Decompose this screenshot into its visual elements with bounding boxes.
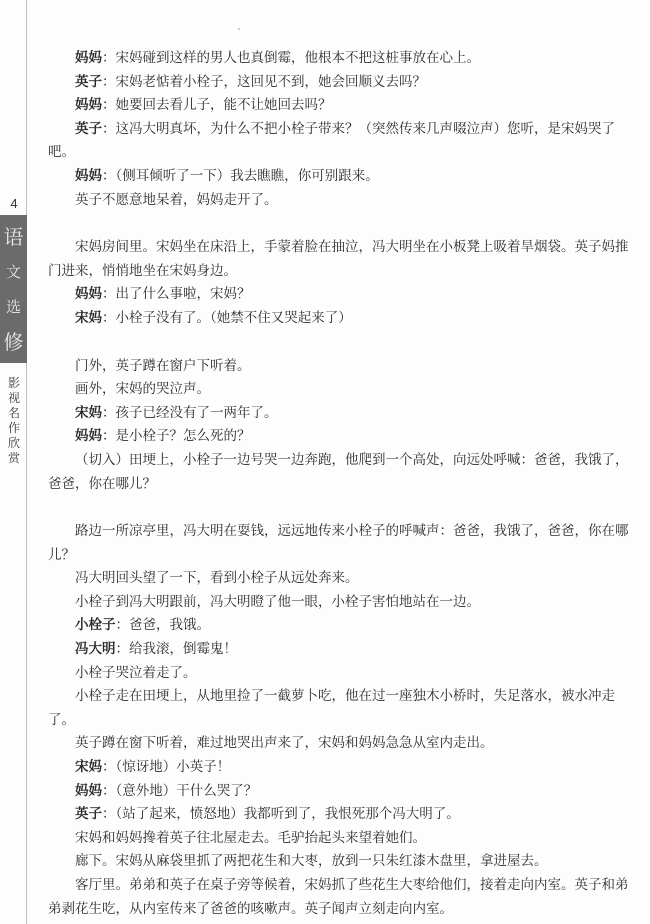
speaker-name: 妈妈 [75, 97, 102, 113]
text: 路边一所凉亭里，冯大明在耍钱，远远地传来小栓子的呼喊声：爸爸，我饿了，爸爸，你在… [48, 523, 629, 563]
text: 门外，英子蹲在窗户下听着。 [75, 358, 251, 374]
text: ：（侧耳倾听了一下）我去瞧瞧，你可别跟来。 [102, 168, 379, 184]
dialogue-line: 英子：这冯大明真坏，为什么不把小栓子带来？（突然传来几声啜泣声）您听，是宋妈哭了… [48, 118, 634, 165]
scene-break [48, 212, 634, 236]
speaker-name: 英子 [75, 74, 102, 90]
text: ：出了什么事啦，宋妈？ [102, 286, 251, 302]
speaker-name: 妈妈 [75, 168, 102, 184]
stage-direction: 冯大明回头望了一下，看到小栓子从远处奔来。 [48, 567, 634, 591]
speaker-name: 冯大明 [75, 641, 116, 657]
screenplay-text: 妈妈：宋妈碰到这样的男人也真倒霉，他根本不把这桩事放在心上。英子：宋妈老惦着小栓… [48, 47, 634, 921]
text: 画外，宋妈的哭泣声。 [75, 381, 210, 397]
dialogue-line: 英子：宋妈老惦着小栓子，这回见不到，她会回顺义去吗？ [48, 71, 634, 95]
page-number: 4 [4, 196, 24, 211]
speaker-name: 宋妈 [75, 405, 102, 421]
text: 小栓子哭泣着走了。 [75, 665, 197, 681]
text: 小栓子走在田埂上，从地里捡了一截萝卜吃，他在过一座独木小桥时，失足落水，被水冲走… [48, 688, 615, 728]
stage-direction: （切入）田埂上，小栓子一边号哭一边奔跑，他爬到一个高处，向远处呼喊：爸爸，我饿了… [48, 449, 634, 496]
speaker-name: 妈妈 [75, 783, 102, 799]
text: ：这冯大明真坏，为什么不把小栓子带来？（突然传来几声啜泣声）您听，是宋妈哭了吧。 [48, 121, 615, 161]
stage-direction: 门外，英子蹲在窗户下听着。 [48, 355, 634, 379]
text: ：宋妈老惦着小栓子，这回见不到，她会回顺义去吗？ [102, 74, 426, 90]
tab-char: 文 [6, 261, 21, 283]
speaker-name: 妈妈 [75, 286, 102, 302]
dialogue-line: 英子：（站了起来，愤怒地）我都听到了，我恨死那个冯大明了。 [48, 803, 634, 827]
text: ：是小栓子？怎么死的？ [102, 428, 251, 444]
text: 英子蹲在窗下听着，难过地哭出声来了，宋妈和妈妈急急从室内走出。 [75, 735, 494, 751]
dialogue-line: 宋妈：孩子已经没有了一两年了。 [48, 402, 634, 426]
text: 客厅里。弟弟和英子在桌子旁等候着，宋妈抓了些花生大枣给他们，接着走向内室。英子和… [48, 877, 629, 917]
dialogue-line: 妈妈：（侧耳倾听了一下）我去瞧瞧，你可别跟来。 [48, 165, 634, 189]
dialogue-line: 妈妈：是小栓子？怎么死的？ [48, 425, 634, 449]
speaker-name: 小栓子 [75, 617, 116, 633]
stage-direction: 小栓子走在田埂上，从地里捡了一截萝卜吃，他在过一座独木小桥时，失足落水，被水冲走… [48, 685, 634, 732]
stage-direction: 画外，宋妈的哭泣声。 [48, 378, 634, 402]
text: ：（站了起来，愤怒地）我都听到了，我恨死那个冯大明了。 [102, 806, 460, 822]
tab-char: 选 [6, 296, 21, 318]
text: （切入）田埂上，小栓子一边号哭一边奔跑，他爬到一个高处，向远处呼喊：爸爸，我饿了… [48, 452, 629, 492]
text: 冯大明回头望了一下，看到小栓子从远处奔来。 [75, 570, 359, 586]
text: ：她要回去看儿子，能不让她回去吗？ [102, 97, 332, 113]
stage-direction: 宋妈房间里。宋妈坐在床沿上，手蒙着脸在抽泣，冯大明坐在小板凳上吸着旱烟袋。英子妈… [48, 236, 634, 283]
text: 廊下。宋妈从麻袋里抓了两把花生和大枣，放到一只朱红漆木盘里，拿进屋去。 [75, 853, 548, 869]
stage-direction: 客厅里。弟弟和英子在桌子旁等候着，宋妈抓了些花生大枣给他们，接着走向内室。英子和… [48, 874, 634, 921]
scene-break [48, 496, 634, 520]
tab-char: 语 [4, 226, 24, 248]
text: ：给我滚，倒霉鬼！ [116, 641, 238, 657]
stage-direction: 宋妈和妈妈搀着英子往北屋走去。毛驴抬起头来望着她们。 [48, 827, 634, 851]
scan-speck [238, 28, 240, 30]
dialogue-line: 宋妈：（惊讶地）小英子！ [48, 756, 634, 780]
text: 英子不愿意地呆着，妈妈走开了。 [75, 192, 278, 208]
text: 宋妈和妈妈搀着英子往北屋走去。毛驴抬起头来望着她们。 [75, 830, 426, 846]
speaker-name: 英子 [75, 121, 102, 137]
book-title-tab: 语 文 选 修 [0, 215, 27, 363]
dialogue-line: 妈妈：（意外地）干什么哭了？ [48, 780, 634, 804]
text: ：小栓子没有了。（她禁不住又哭起来了） [102, 310, 352, 326]
dialogue-line: 小栓子：爸爸，我饿。 [48, 614, 634, 638]
text: ：宋妈碰到这样的男人也真倒霉，他根本不把这桩事放在心上。 [102, 50, 480, 66]
stage-direction: 路边一所凉亭里，冯大明在耍钱，远远地传来小栓子的呼喊声：爸爸，我饿了，爸爸，你在… [48, 520, 634, 567]
dialogue-line: 妈妈：她要回去看儿子，能不让她回去吗？ [48, 94, 634, 118]
margin-rule [26, 0, 27, 924]
text: ：孩子已经没有了一两年了。 [102, 405, 278, 421]
stage-direction: 小栓子哭泣着走了。 [48, 662, 634, 686]
section-title: 影视名作欣赏 [7, 376, 21, 466]
speaker-name: 妈妈 [75, 50, 102, 66]
text: 宋妈房间里。宋妈坐在床沿上，手蒙着脸在抽泣，冯大明坐在小板凳上吸着旱烟袋。英子妈… [48, 239, 629, 279]
stage-direction: 廊下。宋妈从麻袋里抓了两把花生和大枣，放到一只朱红漆木盘里，拿进屋去。 [48, 850, 634, 874]
tab-char: 修 [4, 331, 24, 353]
dialogue-line: 冯大明：给我滚，倒霉鬼！ [48, 638, 634, 662]
speaker-name: 宋妈 [75, 310, 102, 326]
dialogue-line: 宋妈：小栓子没有了。（她禁不住又哭起来了） [48, 307, 634, 331]
scene-break [48, 331, 634, 355]
speaker-name: 宋妈 [75, 759, 102, 775]
speaker-name: 妈妈 [75, 428, 102, 444]
stage-direction: 英子蹲在窗下听着，难过地哭出声来了，宋妈和妈妈急急从室内走出。 [48, 732, 634, 756]
text: ：（意外地）干什么哭了？ [102, 783, 257, 799]
text: ：（惊讶地）小英子！ [102, 759, 230, 775]
stage-direction: 英子不愿意地呆着，妈妈走开了。 [48, 189, 634, 213]
dialogue-line: 妈妈：出了什么事啦，宋妈？ [48, 283, 634, 307]
stage-direction: 小栓子到冯大明跟前，冯大明瞪了他一眼，小栓子害怕地站在一边。 [48, 591, 634, 615]
text: 小栓子到冯大明跟前，冯大明瞪了他一眼，小栓子害怕地站在一边。 [75, 594, 480, 610]
speaker-name: 英子 [75, 806, 102, 822]
dialogue-line: 妈妈：宋妈碰到这样的男人也真倒霉，他根本不把这桩事放在心上。 [48, 47, 634, 71]
text: ：爸爸，我饿。 [116, 617, 211, 633]
